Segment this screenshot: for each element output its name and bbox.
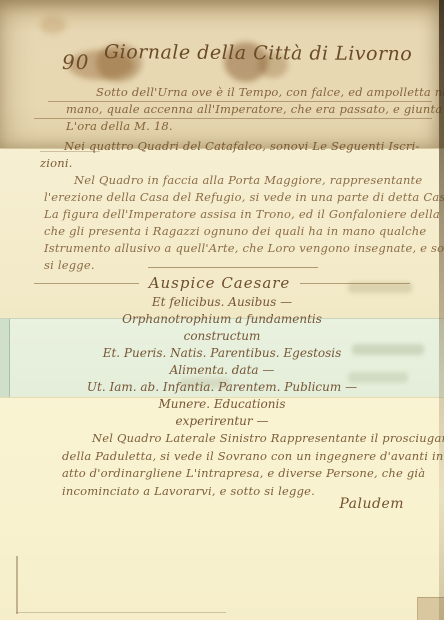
page-title: Giornale della Città di Livorno: [104, 41, 374, 65]
latin-text: constructum: [0, 328, 444, 345]
paragraph-quadro-laterale: Nel Quadro Laterale Sinistro Rappresenta…: [48, 430, 436, 500]
latin-text: experirentur —: [0, 413, 444, 430]
manuscript-line: della Paduletta, si vede il Sovrano con …: [48, 448, 436, 466]
manuscript-line: che gli presenta i Ragazzi ognuno dei qu…: [44, 223, 436, 240]
ink-stain: [40, 16, 66, 34]
latin-line-auspice: Auspice Caesare: [0, 272, 444, 294]
manuscript-line: atto d'ordinargliene L'intrapresa, e div…: [48, 465, 436, 483]
latin-text: Munere. Educationis: [0, 396, 444, 413]
latin-text: Auspice Caesare: [149, 272, 291, 294]
fold-line: [16, 612, 226, 613]
latin-text: Alimenta. data —: [0, 362, 444, 379]
paragraph-porta-maggiore: Nel Quadro in faccia alla Porta Maggiore…: [44, 172, 436, 274]
latin-text: Et. Pueris. Natis. Parentibus. Egestosis: [0, 345, 444, 362]
manuscript-line: Nei quattro Quadri del Catafalco, sonovi…: [40, 138, 432, 155]
ruled-line: [300, 283, 410, 284]
manuscript-line: Sotto dell'Urna ove è il Tempo, con falc…: [66, 84, 436, 101]
manuscript-line: l'erezione della Casa del Refugio, si ve…: [44, 189, 436, 206]
manuscript-line: Nel Quadro in faccia alla Porta Maggiore…: [44, 172, 436, 189]
manuscript-line: Istrumento allusivo a quell'Arte, che Lo…: [44, 240, 436, 257]
inscription-signature: Paludem: [339, 496, 404, 512]
latin-text: Orphanotrophium a fundamentis: [0, 311, 444, 328]
manuscript-line: Nel Quadro Laterale Sinistro Rappresenta…: [48, 430, 436, 448]
manuscript-line: zioni.: [40, 155, 432, 172]
manuscript-page: 90 Giornale della Città di Livorno Sotto…: [0, 0, 444, 620]
page-number: 90: [62, 50, 89, 74]
latin-inscription: Auspice Caesare Et felicibus. Ausibus — …: [0, 272, 444, 430]
manuscript-line: mano, quale accenna all'Imperatore, che …: [66, 101, 436, 118]
ruled-line: [34, 283, 139, 284]
fold-line: [16, 556, 18, 614]
page-edge-shadow: [439, 0, 444, 620]
latin-text: Ut. Iam. ab. Infantia. Parentem. Publicu…: [0, 379, 444, 396]
manuscript-line: La figura dell'Imperatore assisa in Tron…: [44, 206, 436, 223]
latin-text: Et felicibus. Ausibus —: [0, 294, 444, 311]
paragraph-quadri: Nei quattro Quadri del Catafalco, sonovi…: [40, 138, 432, 172]
manuscript-line: L'ora della M. 18.: [66, 118, 436, 135]
paragraph-urna: Sotto dell'Urna ove è il Tempo, con falc…: [66, 84, 436, 135]
